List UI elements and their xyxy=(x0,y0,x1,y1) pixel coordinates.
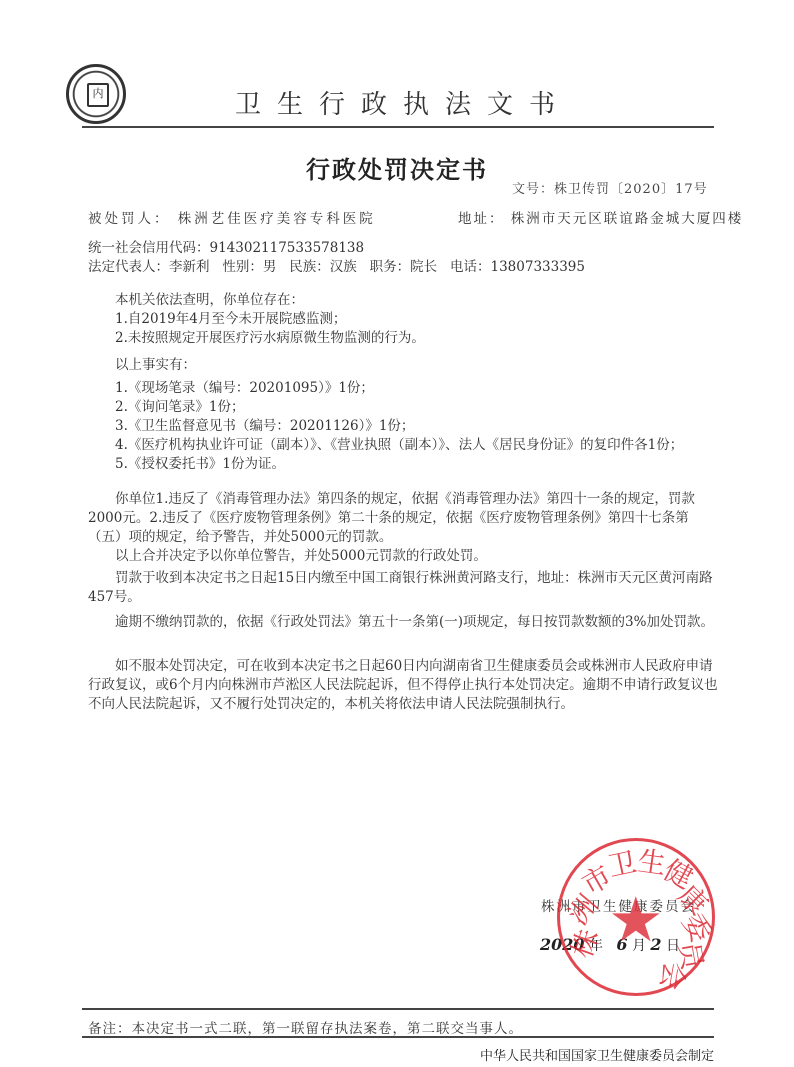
finding-item: 1.自2019年4月至今未开展院感监测； xyxy=(88,310,718,329)
findings-section: 本机关依法查明，你单位存在： 1.自2019年4月至今未开展院感监测； 2.未按… xyxy=(88,291,718,348)
star-icon: ★ xyxy=(608,889,664,951)
form-maker: 中华人民共和国国家卫生健康委员会制定 xyxy=(480,1045,714,1064)
header-divider xyxy=(82,126,714,128)
legal-representative-row: 法定代表人：李新利 性别：男 民族：汉族 职务：院长 电话：1380733339… xyxy=(88,255,585,275)
evidence-section: 以上事实有： 1.《现场笔录（编号：20201095）》1份； 2.《询问笔录》… xyxy=(88,356,718,474)
party-name-label: 被处罚人： xyxy=(88,211,171,227)
credit-code-row: 统一社会信用代码：914302117533578138 xyxy=(88,236,364,256)
payment-section: 罚款于收到本决定书之日起15日内缴至中国工商银行株洲黄河路支行，地址：株洲市天元… xyxy=(88,569,718,607)
emblem-shield-icon: 内 xyxy=(87,83,109,107)
late-payment-text: 逾期不缴纳罚款的，依据《行政处罚法》第五十一条第(一)项规定，每日按罚款数额的3… xyxy=(88,613,718,632)
payment-text: 罚款于收到本决定书之日起15日内缴至中国工商银行株洲黄河路支行，地址：株洲市天元… xyxy=(88,569,718,607)
evidence-intro: 以上事实有： xyxy=(88,356,718,375)
party-address: 株洲市天元区联谊路金城大厦四楼 xyxy=(511,211,744,227)
document-number: 文号：株卫传罚〔2020〕17号 xyxy=(512,178,708,197)
credit-code: 914302117533578138 xyxy=(210,240,365,256)
combined-decision: 以上合并决定予以你单位警告，并处5000元罚款的行政处罚。 xyxy=(88,547,718,566)
health-inspection-emblem-icon: 内 xyxy=(66,64,126,124)
decision-section: 你单位1.违反了《消毒管理办法》第四条的规定，依据《消毒管理办法》第四十一条的规… xyxy=(88,490,718,566)
header-title: 卫生行政执法文书 xyxy=(235,84,571,121)
footer-divider-bottom xyxy=(82,1036,714,1038)
footer-note: 备注：本决定书一式二联，第一联留存执法案卷，第二联交当事人。 xyxy=(88,1017,523,1037)
evidence-item: 1.《现场笔录（编号：20201095）》1份； xyxy=(88,379,718,398)
evidence-item: 2.《询问笔录》1份； xyxy=(88,398,718,417)
party-address-row: 地址： 株洲市天元区联谊路金城大厦四楼 xyxy=(458,207,743,227)
footer-divider-top xyxy=(82,1008,714,1010)
late-payment-section: 逾期不缴纳罚款的，依据《行政处罚法》第五十一条第(一)项规定，每日按罚款数额的3… xyxy=(88,613,718,632)
appeal-section: 如不服本处罚决定，可在收到本决定书之日起60日内向湖南省卫生健康委员会或株洲市人… xyxy=(88,657,718,714)
evidence-item: 3.《卫生监督意见书（编号：20201126）》1份； xyxy=(88,417,718,436)
credit-code-label: 统一社会信用代码： xyxy=(88,240,210,256)
evidence-item: 5.《授权委托书》1份为证。 xyxy=(88,455,718,474)
decision-text: 你单位1.违反了《消毒管理办法》第四条的规定，依据《消毒管理办法》第四十一条的规… xyxy=(88,490,718,547)
party-name-row: 被处罚人： 株洲艺佳医疗美容专科医院 xyxy=(88,207,376,227)
evidence-item: 4.《医疗机构执业许可证（副本）》、《营业执照（副本）》、法人《居民身份证》的复… xyxy=(88,436,718,455)
appeal-text: 如不服本处罚决定，可在收到本决定书之日起60日内向湖南省卫生健康委员会或株洲市人… xyxy=(88,657,718,714)
finding-item: 2.未按照规定开展医疗污水病原微生物监测的行为。 xyxy=(88,329,718,348)
address-label: 地址： xyxy=(458,211,505,227)
official-seal-icon: 株 洲 市 卫 生 健 康 委 员 会 ★ xyxy=(557,838,715,996)
findings-intro: 本机关依法查明，你单位存在： xyxy=(88,291,718,310)
party-name: 株洲艺佳医疗美容专科医院 xyxy=(178,211,376,227)
